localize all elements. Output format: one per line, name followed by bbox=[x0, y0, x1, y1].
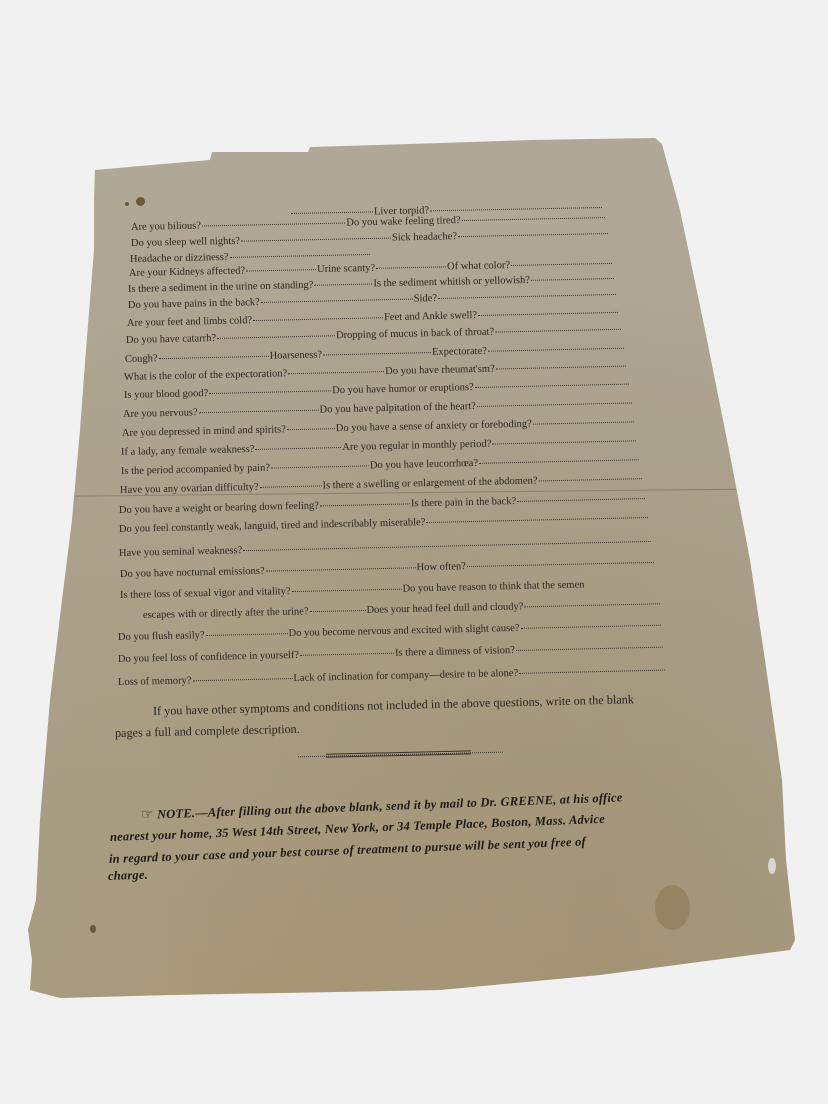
answer-blank[interactable] bbox=[202, 222, 345, 227]
answer-blank[interactable] bbox=[241, 237, 391, 242]
question-row: If a lady, any female weakness? Are you … bbox=[121, 435, 637, 458]
answer-blank[interactable] bbox=[199, 409, 319, 414]
question-label: Does your head feel dull and cloudy? bbox=[366, 601, 523, 616]
answer-blank[interactable] bbox=[488, 347, 624, 352]
question-label: Lack of inclination for company—desire t… bbox=[293, 668, 518, 684]
answer-blank[interactable] bbox=[288, 370, 384, 374]
answer-blank[interactable] bbox=[426, 516, 648, 523]
question-label: If a lady, any female weakness? bbox=[121, 444, 255, 458]
question-label: Hoarseness? bbox=[270, 350, 323, 362]
question-label: Are you regular in monthly period? bbox=[342, 439, 491, 453]
question-label: Urine scanty? bbox=[317, 263, 375, 275]
question-label: Do you have rheumat'sm? bbox=[385, 364, 495, 377]
question-label: Do you have palpitation of the heart? bbox=[319, 401, 475, 416]
question-label: Cough? bbox=[125, 353, 158, 365]
question-label: Do you have reason to think that the sem… bbox=[402, 579, 584, 594]
question-label: Is there loss of sexual vigor and vitali… bbox=[120, 586, 291, 601]
answer-blank[interactable] bbox=[524, 602, 660, 607]
question-label: Is there a dimness of vision? bbox=[395, 645, 515, 659]
answer-blank[interactable] bbox=[292, 588, 402, 592]
question-row: Do you feel constantly weak, languid, ti… bbox=[119, 512, 649, 535]
question-label: Expectorate? bbox=[432, 346, 487, 358]
answer-blank[interactable] bbox=[477, 401, 632, 407]
question-label: Headache or dizziness? bbox=[130, 252, 229, 265]
question-label: Sick headache? bbox=[392, 231, 457, 243]
question-label: Is there pain in the back? bbox=[411, 496, 516, 509]
question-label: Side? bbox=[414, 293, 438, 305]
answer-blank[interactable] bbox=[323, 351, 431, 355]
answer-blank[interactable] bbox=[531, 277, 614, 281]
answer-blank[interactable] bbox=[475, 383, 629, 388]
question-row: Do you have a weight or bearing down fee… bbox=[119, 493, 646, 516]
question-label: Do you have leucorrhœa? bbox=[370, 458, 478, 471]
answer-blank[interactable] bbox=[261, 298, 413, 303]
answer-blank[interactable] bbox=[519, 669, 665, 674]
answer-blank[interactable] bbox=[516, 646, 663, 651]
closing-paragraph-line2: pages a full and complete description. bbox=[115, 722, 300, 741]
question-row: Have you any ovarian difficulty? Is ther… bbox=[120, 473, 643, 496]
question-label: Do you feel loss of confidence in yourse… bbox=[118, 650, 299, 665]
answer-blank[interactable] bbox=[229, 253, 369, 258]
note-line4: charge. bbox=[108, 868, 148, 884]
answer-blank[interactable] bbox=[266, 566, 416, 571]
answer-blank[interactable] bbox=[291, 210, 373, 214]
question-label: Loss of memory? bbox=[118, 675, 192, 688]
answer-blank[interactable] bbox=[478, 311, 618, 316]
question-label: How often? bbox=[416, 561, 466, 573]
answer-blank[interactable] bbox=[209, 389, 331, 394]
answer-blank[interactable] bbox=[260, 484, 322, 487]
question-row: Is the period accompanied by pain? Do yo… bbox=[121, 454, 640, 477]
answer-blank[interactable] bbox=[192, 677, 292, 681]
question-label: Is your blood good? bbox=[124, 388, 209, 401]
answer-blank[interactable] bbox=[467, 561, 654, 567]
question-label: Do you feel constantly weak, languid, ti… bbox=[119, 517, 426, 535]
answer-blank[interactable] bbox=[300, 652, 394, 656]
answer-blank[interactable] bbox=[310, 609, 366, 612]
question-label: Feet and Ankle swell? bbox=[384, 310, 477, 323]
answer-blank[interactable] bbox=[287, 427, 335, 430]
question-label: Have you any ovarian difficulty? bbox=[120, 482, 259, 496]
question-row: Have you seminal weakness? bbox=[119, 536, 652, 559]
question-label: Do you have catarrh? bbox=[126, 333, 216, 346]
pointing-hand-icon: ☞ bbox=[141, 808, 154, 823]
answer-blank[interactable] bbox=[246, 268, 316, 271]
answer-blank[interactable] bbox=[458, 232, 608, 237]
question-row: Do you have nocturnal emissions? How oft… bbox=[120, 557, 655, 580]
document-content: Liver torpid? Are you bilious? Do you wa… bbox=[0, 0, 828, 1104]
question-label: Is the sediment whitish or yellowish? bbox=[373, 275, 530, 290]
answer-blank[interactable] bbox=[520, 624, 660, 629]
question-row: Are you nervous? Do you have palpitation… bbox=[123, 397, 633, 420]
answer-blank[interactable] bbox=[479, 458, 639, 464]
question-row: Loss of memory? Lack of inclination for … bbox=[118, 665, 666, 688]
question-label: Do you have pains in the back? bbox=[128, 297, 260, 311]
answer-blank[interactable] bbox=[253, 316, 383, 321]
answer-blank[interactable] bbox=[511, 262, 612, 266]
answer-blank[interactable] bbox=[517, 497, 645, 502]
question-label: Is the period accompanied by pain? bbox=[121, 463, 270, 477]
answer-blank[interactable] bbox=[159, 355, 269, 359]
answer-blank[interactable] bbox=[430, 206, 602, 211]
question-label: Is there a sediment in the urine on stan… bbox=[128, 280, 314, 295]
question-label: Do you have a weight or bearing down fee… bbox=[119, 500, 319, 516]
answer-blank[interactable] bbox=[496, 365, 626, 370]
question-label: What is the color of the expectoration? bbox=[124, 368, 287, 383]
answer-blank[interactable] bbox=[533, 420, 634, 424]
question-label: Are your Kidneys affected? bbox=[129, 266, 245, 279]
question-label: escapes with or directly after the urine… bbox=[143, 606, 309, 621]
question-label: Of what color? bbox=[447, 260, 510, 272]
question-label: Are you nervous? bbox=[123, 407, 198, 420]
question-label: Do you flush easily? bbox=[118, 630, 205, 643]
question-row: escapes with or directly after the urine… bbox=[143, 598, 661, 621]
question-row: Are you depressed in mind and spirits? D… bbox=[122, 416, 635, 439]
answer-blank[interactable] bbox=[271, 464, 369, 468]
question-row: Do you flush easily? Do you become nervo… bbox=[118, 620, 662, 643]
question-label: Dropping of mucus in back of throat? bbox=[336, 327, 494, 342]
question-row: Is there loss of sexual vigor and vitali… bbox=[120, 578, 660, 601]
answer-blank[interactable] bbox=[255, 446, 341, 450]
question-label: Do you wake feeling tired? bbox=[346, 215, 461, 228]
section-divider-rule bbox=[298, 750, 503, 759]
answer-blank[interactable] bbox=[438, 293, 616, 299]
answer-blank[interactable] bbox=[206, 632, 288, 636]
question-label: Do you have a sense of anxiety or forebo… bbox=[336, 419, 532, 434]
answer-blank[interactable] bbox=[376, 265, 446, 268]
answer-blank[interactable] bbox=[492, 439, 636, 444]
question-row: Is your blood good? Do you have humor or… bbox=[124, 379, 630, 401]
answer-blank[interactable] bbox=[320, 502, 410, 506]
answer-blank[interactable] bbox=[538, 477, 641, 481]
question-label: Do you have humor or eruptions? bbox=[332, 382, 474, 396]
question-label: Are you bilious? bbox=[131, 221, 201, 233]
question-label: Is there a swelling or enlargement of th… bbox=[322, 476, 537, 492]
closing-paragraph-line1: If you have other symptoms and condition… bbox=[153, 692, 634, 719]
question-label: Do you have nocturnal emissions? bbox=[120, 566, 265, 580]
answer-blank[interactable] bbox=[243, 540, 651, 551]
question-label: Do you sleep well nights? bbox=[131, 236, 240, 249]
answer-blank[interactable] bbox=[495, 328, 621, 333]
question-label: Have you seminal weakness? bbox=[119, 545, 243, 559]
question-row: Do you feel loss of confidence in yourse… bbox=[118, 642, 664, 665]
answer-blank[interactable] bbox=[314, 282, 372, 285]
question-label: Do you become nervous and excited with s… bbox=[288, 623, 519, 639]
question-label: Are you depressed in mind and spirits? bbox=[122, 424, 286, 439]
question-label: Are your feet and limbs cold? bbox=[127, 315, 252, 329]
answer-blank[interactable] bbox=[462, 216, 605, 221]
answer-blank[interactable] bbox=[217, 334, 335, 339]
